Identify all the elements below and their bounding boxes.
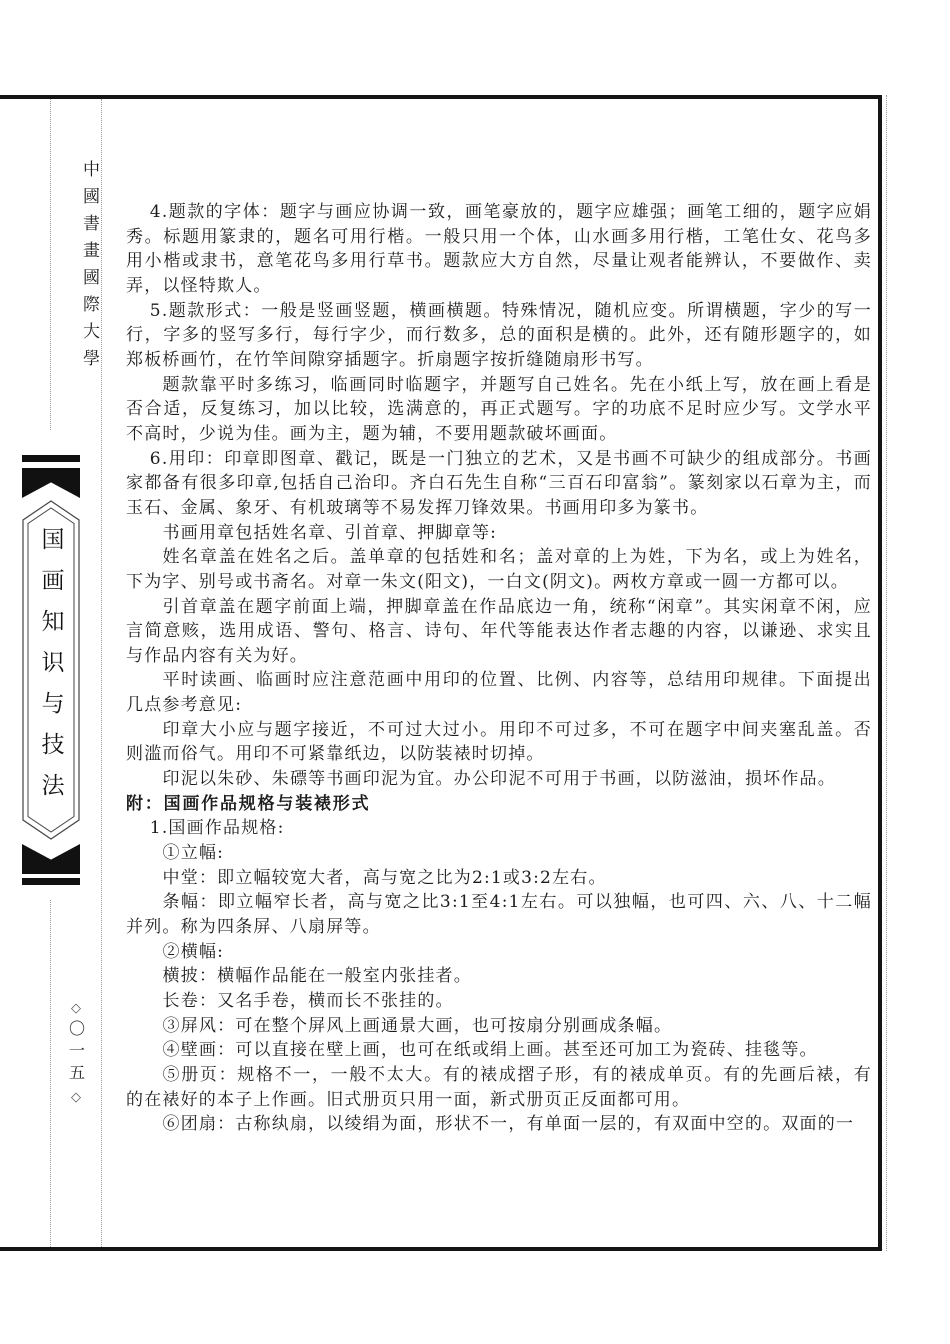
body-paragraph: 书画用章包括姓名章、引首章、押脚章等: <box>126 521 872 546</box>
body-text: 4.题款的字体：题字与画应协调一致，画笔豪放的，题字应雄强；画笔工细的，题字应娟… <box>126 200 872 1137</box>
series-emblem: 国画知识与技法 <box>22 455 80 885</box>
margin-rule-outer <box>886 95 887 1251</box>
body-paragraph: 长卷：又名手卷，横而长不张挂的。 <box>126 989 872 1014</box>
book-page: 中國書畫國際大學 国画知识与技法 ◇ 〇一五 ◇ 4.题款的字体：题字与画应协调… <box>0 0 950 1344</box>
page-number: 〇一五 <box>65 1020 88 1086</box>
section-heading: 附：国画作品规格与装裱形式 <box>126 792 872 817</box>
emblem-ribbon-top <box>22 468 80 498</box>
body-paragraph: ⑤册页：规格不一，一般不太大。有的裱成摺子形，有的裱成单页。有的先画后裱，有的在… <box>126 1063 872 1112</box>
body-paragraph: 题款靠平时多练习，临画同时临题字，并题写自己姓名。先在小纸上写，放在画上看是否合… <box>126 373 872 447</box>
body-paragraph: 4.题款的字体：题字与画应协调一致，画笔豪放的，题字应雄强；画笔工细的，题字应娟… <box>126 200 872 299</box>
body-paragraph: 1.国画作品规格: <box>126 816 872 841</box>
body-paragraph: ⑥团扇：古称纨扇，以绫绢为面，形状不一，有单面一层的，有双面中空的。双面的一 <box>126 1112 872 1137</box>
body-paragraph: 引首章盖在题字前面上端，押脚章盖在作品底边一角，统称“闲章”。其实闲章不闲，应言… <box>126 595 872 669</box>
body-paragraph: 5.题款形式：一般是竖画竖题，横画横题。特殊情况，随机应变。所谓横题，字少的写一… <box>126 299 872 373</box>
emblem-title: 国画知识与技法 <box>22 500 80 840</box>
body-paragraph: ④壁画：可以直接在壁上画，也可在纸或绢上画。甚至还可加工为瓷砖、挂毯等。 <box>126 1038 872 1063</box>
body-paragraph: 横披：横幅作品能在一般室内张挂者。 <box>126 964 872 989</box>
emblem-bar-top <box>22 455 80 462</box>
body-paragraph: 6.用印：印章即图章、戳记，既是一门独立的艺术，又是书画不可缺少的组成部分。书画… <box>126 447 872 521</box>
body-paragraph: ①立幅: <box>126 841 872 866</box>
folio-block: ◇ 〇一五 ◇ <box>50 1002 102 1132</box>
emblem-ribbon-bottom <box>22 844 80 874</box>
body-paragraph: 印泥以朱砂、朱磦等书画印泥为宜。办公印泥不可用于书画，以防滋油，损坏作品。 <box>126 767 872 792</box>
body-paragraph: 平时读画、临画时应注意范画中用印的位置、比例、内容等，总结用印规律。下面提出几点… <box>126 668 872 717</box>
diamond-ornament-top-icon: ◇ <box>71 1002 81 1015</box>
body-paragraph: 条幅：即立幅窄长者，高与宽之比3:1至4:1左右。可以独幅，也可四、六、八、十二… <box>126 890 872 939</box>
body-paragraph: 印章大小应与题字接近，不可过大过小。用印不可过多，不可在题字中间夹塞乱盖。否则滥… <box>126 718 872 767</box>
emblem-bar-bottom <box>22 878 80 885</box>
diamond-ornament-bottom-icon: ◇ <box>71 1091 81 1104</box>
body-paragraph: 姓名章盖在姓名之后。盖单章的包括姓和名；盖对章的上为姓，下为名，或上为姓名，下为… <box>126 545 872 594</box>
body-paragraph: 中堂：即立幅较宽大者，高与宽之比为2:1或3:2左右。 <box>126 866 872 891</box>
emblem-cartouche: 国画知识与技法 <box>22 500 80 840</box>
body-paragraph: ③屏风：可在整个屏风上画通景大画，也可按扇分别画成条幅。 <box>126 1014 872 1039</box>
spine-title: 中國書畫國際大學 <box>50 148 102 388</box>
body-paragraph: ②横幅: <box>126 940 872 965</box>
